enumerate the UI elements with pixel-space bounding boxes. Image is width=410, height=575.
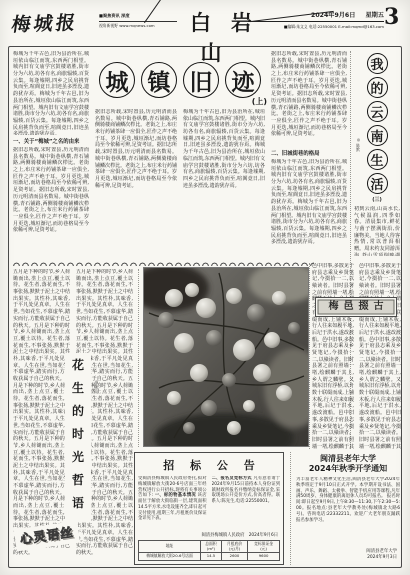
body-text: 梅城为千年古邑,旧为县治所在,城垣依山临江而筑,东西两门相望。城内旧有文庙学宫鼓…: [13, 51, 89, 135]
body-text: 五月是下种的时节,乡人荷锄而出,垄上点豆,覆土以待。花生者,落花而生,不事张扬,…: [13, 269, 70, 561]
body-text: 邑中旧事,多散见于府县志乘及乡贤笔记,今掇拾一二,以飨读者。旧时县署之前有照墙一…: [312, 263, 354, 449]
persimmon-photo-svg: [144, 268, 308, 446]
main-column-1: 梅城为千年古邑,旧为县治所在,城垣依山临江而筑,东西两门相望。城内旧有文庙学宫鼓…: [13, 51, 89, 257]
bidding-table: 地址 总面积 (m²) 月租底价 (元/月) 竞标保证金 (元) 梅城镇解放大街…: [138, 540, 280, 561]
peanut-author: ◎ 林雨: [93, 379, 99, 393]
date-line: 2024年9月6日星期五: [248, 10, 384, 22]
photo-image: [143, 267, 309, 447]
yunnan-author: ◎ 陈默: [355, 137, 361, 151]
main-title-suffix: (上): [252, 96, 267, 107]
content-frame: 梅城为千年古邑,旧为县治所在,城垣依山临江而筑,东西两门相望。城内旧有文庙学宫鼓…: [8, 46, 402, 568]
body-text: 据旧志所载,宋时置县,历元明清而县名数易。城中街巷纵横,青石铺路,两侧骑楼商铺鳞…: [95, 109, 177, 257]
meiyi-stamp: 梅邑掇古: [315, 297, 397, 317]
main-title-block: 城镇旧迹 (上): [95, 51, 265, 109]
issue-date: 2024年9月6日: [311, 12, 355, 19]
bidding-table-data-row: 梅城镇解放大街20-6号店面 14.5 2600 9600: [139, 553, 280, 561]
newspaper-logo: 梅城报: [10, 8, 80, 37]
yunnan-title-circled-chars: 我的云南生活: [354, 51, 400, 195]
table-header-address: 地址: [139, 541, 201, 553]
notice-box: 闽清县老年大学 2024年秋季开学通知 为丰富老年人精神文化生活,闽清县老年大学…: [290, 452, 400, 565]
bidding-columns: 受闽清县梅城镇人民政府委托,拟对梅城镇解放大街20-6号店面三年经营权进行公开招…: [138, 476, 280, 532]
table-header-rent: 月租底价 (元/月): [221, 541, 247, 553]
notice-title-line2: 2024年秋季开学通知: [296, 464, 400, 474]
date-editor-block: 2024年9月6日星期五 ■编辑:朱文义 电话:22550001 E-mail:…: [248, 10, 384, 30]
main-mid-columns: 据旧志所载,宋时置县,历元明清而县名数易。城中街巷纵横,青石铺路,两侧骑楼商铺鳞…: [95, 109, 265, 257]
notice-signature: 闽清县老年大学 2024年9月3日: [296, 549, 397, 562]
bidding-column-right: 二、报名及竞标方式 凡有意者请于2024年9月15日前持本人身份证到镇财政所报名…: [212, 476, 281, 532]
table-header-area: 总面积 (m²): [201, 541, 222, 553]
scalloped-divider: [12, 259, 314, 266]
photo-block: 又是一年柿子红林大锋 摄: [143, 267, 307, 469]
body-text: 梅城为千年古邑,旧为县治所在,城垣依山临江而筑,东西两门相望。城内旧有文庙学宫鼓…: [183, 109, 265, 257]
body-text: 初到云南,山高水长,气候温润,四季如春。清晨集市,鲜花与菌子摆满街沿,价廉物美。…: [354, 206, 400, 256]
table-header-deposit: 竞标保证金 (元): [248, 541, 280, 553]
newspaper-page: 梅城报 ■聚焦资讯 深度 视角新视野 www.mqnews.com 白岩山 20…: [0, 0, 410, 575]
weekday: 星期五: [365, 12, 384, 19]
editor-contact-line: ■编辑:朱文义 电话:22550001 E-mail:mqmd@163.com: [248, 24, 384, 30]
main-subhead-2: 二、旧城街巷的格局: [271, 149, 347, 157]
article-meiyi: 邑中旧事,多散见于府县志乘及乡贤笔记,今掇拾一二,以飨读者。旧时县署之前有照墙一…: [312, 263, 401, 449]
notice-body-1: 为丰富老年人精神文化生活,闽清县老年大学2024年秋季班定于9月10日正式开学。…: [296, 477, 400, 500]
bidding-column-left: 受闽清县梅城镇人民政府委托,拟对梅城镇解放大街20-6号店面三年经营权进行公开招…: [138, 476, 207, 532]
article-yunnan: 我的云南生活 (三) ◎ 陈默 初到云南,山高水长,气候温润,四季如春。清晨集市…: [354, 51, 400, 259]
cell-area: 14.5: [201, 553, 222, 561]
notice-title-line1: 闽清县老年大学: [296, 454, 400, 464]
main-title-circled-chars: 城镇旧迹: [96, 62, 264, 98]
body-text: 邑中旧事,多散见于府县志乘及乡贤笔记,今掇拾一二,以飨读者。旧时县署之前有照墙一…: [359, 263, 401, 449]
column-rule: [309, 263, 310, 449]
body-text: 梅城为千年古邑,旧为县治所在,城垣依山临江而筑,东西两门相望。城内旧有文庙学宫鼓…: [271, 159, 347, 257]
main-subhead-1: 一、关于“梅城”之名的由来: [13, 137, 89, 145]
cell-rent: 2600: [221, 553, 247, 561]
article-main: 梅城为千年古邑,旧为县治所在,城垣依山临江而筑,东西两门相望。城内旧有文庙学宫鼓…: [13, 51, 351, 257]
notice-body: 为丰富老年人精神文化生活,闽清县老年大学2024年秋季班定于9月10日正式开学。…: [296, 477, 400, 549]
bidding-signer: 闽清县梅城镇人民政府: [201, 533, 244, 538]
bidding-date: 2024年9月6日: [249, 533, 278, 538]
notice-date: 2024年9月3日: [296, 555, 397, 562]
yunnan-title-suffix: (三): [354, 196, 400, 203]
peanut-vertical-title: 花生的时光哲语: [65, 353, 91, 521]
column-rule: [138, 269, 139, 447]
main-column-middle: 城镇旧迹 (上) 据旧志所载,宋时置县,历元明清而县名数易。城中街巷纵横,青石铺…: [95, 51, 265, 257]
body-text: 据旧志所载,宋时置县,历元明清而县名数易。城中街巷纵横,青石铺路,两侧骑楼商铺鳞…: [13, 147, 89, 257]
bidding-heading-1: 一、标的物基本情况: [155, 493, 196, 498]
page-number: 3: [384, 4, 399, 30]
bidding-table-header-row: 地址 总面积 (m²) 月租底价 (元/月) 竞标保证金 (元): [139, 541, 280, 553]
body-text: 据旧志所载,宋时置县,历元明清而县名数易。城中街巷纵横,青石铺路,两侧骑楼商铺鳞…: [271, 51, 347, 147]
cell-deposit: 9600: [248, 553, 280, 561]
bidding-title: 招 标 公 告: [138, 457, 280, 473]
cell-address: 梅城镇解放大街20-6号店面: [139, 553, 201, 561]
main-column-4: 据旧志所载,宋时置县,历元明清而县名数易。城中街巷纵横,青石铺路,两侧骑楼商铺鳞…: [271, 51, 347, 257]
article-peanut: 五月是下种的时节,乡人荷锄而出,垄上点豆,覆土以待。花生者,落花而生,不事张扬,…: [13, 269, 133, 561]
bidding-announcement-box: 招 标 公 告 受闽清县梅城镇人民政府委托,拟对梅城镇解放大街20-6号店面三年…: [134, 452, 284, 565]
bidding-heading-2: 二、报名及竞标方式: [212, 476, 252, 481]
bidding-signature: 闽清县梅城镇人民政府 2024年9月6日: [140, 533, 278, 539]
